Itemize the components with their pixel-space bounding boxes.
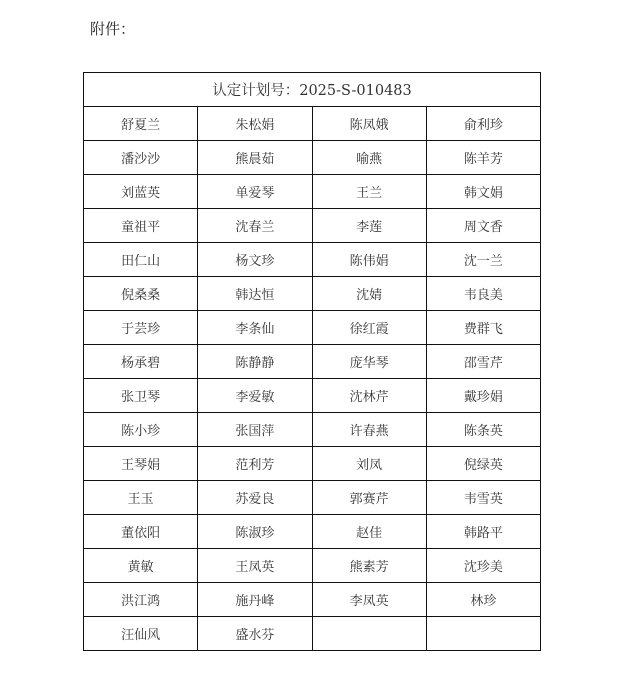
name-cell <box>312 617 426 651</box>
table-row: 王琴娟范利芳刘凤倪绿英 <box>84 447 541 481</box>
name-cell: 陈淑珍 <box>198 515 312 549</box>
name-cell: 王凤英 <box>198 549 312 583</box>
name-cell: 范利芳 <box>198 447 312 481</box>
name-cell: 韦良美 <box>426 277 540 311</box>
name-cell: 费群飞 <box>426 311 540 345</box>
name-cell: 沈婧 <box>312 277 426 311</box>
name-cell: 舒夏兰 <box>84 107 198 141</box>
name-cell: 沈一兰 <box>426 243 540 277</box>
name-cell: 许春燕 <box>312 413 426 447</box>
name-cell: 韩达恒 <box>198 277 312 311</box>
name-cell: 王琴娟 <box>84 447 198 481</box>
name-cell: 韦雪英 <box>426 481 540 515</box>
name-cell: 杨承碧 <box>84 345 198 379</box>
table-row: 田仁山杨文珍陈伟娟沈一兰 <box>84 243 541 277</box>
table-row: 汪仙风盛水芬 <box>84 617 541 651</box>
name-cell: 赵佳 <box>312 515 426 549</box>
name-cell: 韩路平 <box>426 515 540 549</box>
name-cell: 俞利珍 <box>426 107 540 141</box>
name-cell: 陈小珍 <box>84 413 198 447</box>
table-row: 王玉苏爱良郭赛芹韦雪英 <box>84 481 541 515</box>
name-cell: 陈条英 <box>426 413 540 447</box>
name-cell: 李爱敏 <box>198 379 312 413</box>
table-row: 潘沙沙熊晨茹喻燕陈羊芳 <box>84 141 541 175</box>
name-cell: 熊素芳 <box>312 549 426 583</box>
name-cell: 庞华琴 <box>312 345 426 379</box>
attachment-label: 附件： <box>90 18 135 39</box>
table-row: 杨承碧陈静静庞华琴邵雪芹 <box>84 345 541 379</box>
table-row: 童祖平沈春兰李莲周文香 <box>84 209 541 243</box>
name-cell: 陈伟娟 <box>312 243 426 277</box>
name-cell: 李条仙 <box>198 311 312 345</box>
name-cell: 董依阳 <box>84 515 198 549</box>
table-row: 洪江鸿施丹峰李凤英林珍 <box>84 583 541 617</box>
name-cell: 单爱琴 <box>198 175 312 209</box>
name-cell: 熊晨茹 <box>198 141 312 175</box>
table-row: 舒夏兰朱松娟陈凤娥俞利珍 <box>84 107 541 141</box>
name-cell: 郭赛芹 <box>312 481 426 515</box>
name-cell: 王兰 <box>312 175 426 209</box>
name-cell: 汪仙风 <box>84 617 198 651</box>
name-cell <box>426 617 540 651</box>
name-cell: 洪江鸿 <box>84 583 198 617</box>
name-cell: 王玉 <box>84 481 198 515</box>
name-cell: 倪桑桑 <box>84 277 198 311</box>
name-cell: 沈林芹 <box>312 379 426 413</box>
table-row: 董依阳陈淑珍赵佳韩路平 <box>84 515 541 549</box>
plan-title: 认定计划号：2025-S-010483 <box>84 73 541 107</box>
name-cell: 苏爱良 <box>198 481 312 515</box>
name-cell: 于芸珍 <box>84 311 198 345</box>
name-cell: 田仁山 <box>84 243 198 277</box>
name-cell: 陈静静 <box>198 345 312 379</box>
name-cell: 徐红霞 <box>312 311 426 345</box>
name-cell: 戴珍娟 <box>426 379 540 413</box>
table-row: 于芸珍李条仙徐红霞费群飞 <box>84 311 541 345</box>
name-cell: 倪绿英 <box>426 447 540 481</box>
name-cell: 盛水芬 <box>198 617 312 651</box>
name-cell: 陈凤娥 <box>312 107 426 141</box>
name-cell: 周文香 <box>426 209 540 243</box>
name-roster-table: 认定计划号：2025-S-010483 舒夏兰朱松娟陈凤娥俞利珍潘沙沙熊晨茹喻燕… <box>83 72 541 651</box>
name-cell: 刘凤 <box>312 447 426 481</box>
name-cell: 李凤英 <box>312 583 426 617</box>
name-cell: 陈羊芳 <box>426 141 540 175</box>
name-cell: 张卫琴 <box>84 379 198 413</box>
table-row: 陈小珍张国萍许春燕陈条英 <box>84 413 541 447</box>
title-row: 认定计划号：2025-S-010483 <box>84 73 541 107</box>
name-cell: 黄敏 <box>84 549 198 583</box>
name-cell: 张国萍 <box>198 413 312 447</box>
table-row: 张卫琴李爱敏沈林芹戴珍娟 <box>84 379 541 413</box>
name-cell: 喻燕 <box>312 141 426 175</box>
table-row: 刘蓝英单爱琴王兰韩文娟 <box>84 175 541 209</box>
name-cell: 沈珍美 <box>426 549 540 583</box>
name-cell: 韩文娟 <box>426 175 540 209</box>
name-cell: 邵雪芹 <box>426 345 540 379</box>
table-row: 倪桑桑韩达恒沈婧韦良美 <box>84 277 541 311</box>
name-cell: 林珍 <box>426 583 540 617</box>
name-cell: 李莲 <box>312 209 426 243</box>
name-cell: 施丹峰 <box>198 583 312 617</box>
name-cell: 刘蓝英 <box>84 175 198 209</box>
name-cell: 沈春兰 <box>198 209 312 243</box>
name-cell: 朱松娟 <box>198 107 312 141</box>
name-cell: 童祖平 <box>84 209 198 243</box>
table-row: 黄敏王凤英熊素芳沈珍美 <box>84 549 541 583</box>
name-cell: 潘沙沙 <box>84 141 198 175</box>
name-cell: 杨文珍 <box>198 243 312 277</box>
